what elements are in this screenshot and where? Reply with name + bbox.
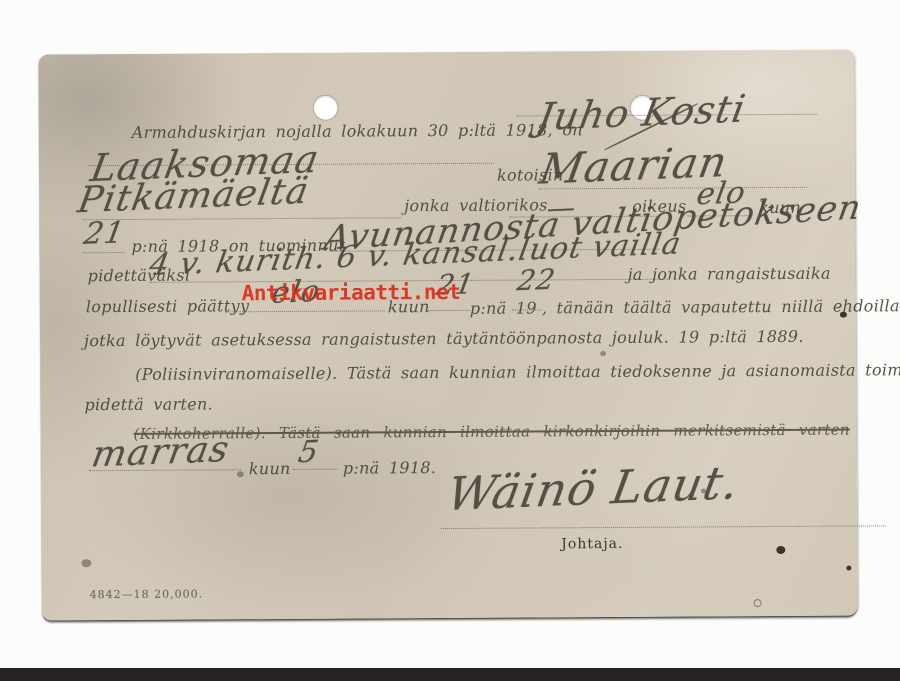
- printed-punishment-time: ja jonka rangaistusaika: [628, 264, 831, 284]
- stain-speck: [600, 351, 606, 356]
- release-certificate-card: Armahduskirjan nojalla lokakuun 30 p:ltä…: [38, 50, 857, 621]
- stain-speck: [846, 566, 851, 571]
- punch-hole-left: [314, 96, 338, 120]
- handwritten-signature: Wäinö Laut.: [443, 455, 743, 521]
- stain-ring: [754, 599, 762, 607]
- dotted-rule: [512, 309, 542, 310]
- handwritten-sentence-day: 21: [81, 215, 127, 252]
- stain-speck: [776, 546, 785, 554]
- handwritten-home-place: Pitkämäeltä: [75, 171, 312, 221]
- printed-church-notice-struck: (Kirkkoherralle). Tästä saan kunnian ilm…: [134, 421, 850, 443]
- stain-speck: [701, 488, 706, 493]
- dotted-rule: [293, 469, 337, 470]
- dotted-rule: [225, 310, 385, 312]
- printed-police-notice-line2: pidettä varten.: [84, 394, 213, 414]
- handwritten-release-year: 22: [515, 263, 559, 298]
- printed-decree-reference: jotka löytyvät asetuksessa rangaistusten…: [84, 327, 804, 350]
- handwritten-first-names: Juho Kosti: [534, 87, 749, 139]
- stain-speck: [237, 471, 244, 477]
- printed-police-notice-line1: (Poliisinviranomaiselle). Tästä saan kun…: [135, 360, 900, 384]
- dotted-rule: [441, 525, 886, 529]
- printed-amnesty-line: Armahduskirjan nojalla lokakuun 30 p:ltä…: [132, 120, 583, 142]
- printed-finally-ends: lopullisesti päättyy: [86, 296, 250, 316]
- stain-speck: [840, 312, 847, 318]
- antikvariaatti-watermark: Antikvariaatti.net: [242, 280, 461, 305]
- printer-imprint: 4842—18 20,000.: [90, 588, 204, 602]
- stain-speck: [81, 559, 91, 567]
- dotted-rule: [82, 252, 124, 253]
- dotted-rule: [428, 310, 470, 311]
- printed-kuun-3: kuun: [249, 459, 291, 478]
- scanned-document: Armahduskirjan nojalla lokakuun 30 p:ltä…: [0, 0, 900, 681]
- printed-title-johtaja: Johtaja.: [561, 536, 623, 552]
- printed-pna-1918: p:nä 1918.: [343, 458, 436, 478]
- printed-pna-19: p:nä 19: [470, 298, 537, 317]
- scanner-edge-bar: [0, 668, 900, 681]
